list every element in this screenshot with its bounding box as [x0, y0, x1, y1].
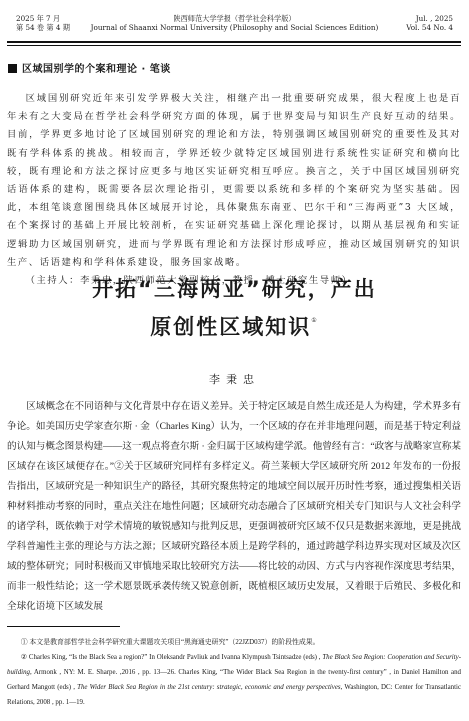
header-volume-en: Vol. 54 No. 4	[406, 23, 453, 32]
footnote-2-text-a: ② Charles King, “Is the Black Sea a regi…	[21, 654, 323, 661]
column-label: 区域国别学的个案和理论 · 笔谈	[22, 64, 171, 75]
body-paragraph: 区域概念在不同语种与文化背景中存在语义差异。关于特定区域是自然生成还是人为构建，…	[7, 397, 461, 617]
title-line-2: 原创性区域知识	[150, 315, 311, 339]
footnote-1: ① 本文是教育部哲学社会科学研究重大课题攻关项目“黑海通史研究”（22JZD03…	[7, 635, 461, 650]
title-footnote-marker[interactable]: ①	[311, 317, 318, 324]
journal-title-cn: 陕西师范大学学报（哲学社会科学版）	[0, 14, 469, 23]
header-right: Jul. , 2025 Vol. 54 No. 4	[406, 14, 453, 32]
footnote-separator	[7, 626, 120, 627]
journal-title-en: Journal of Shaanxi Normal University (Ph…	[0, 23, 469, 32]
header-date-en: Jul. , 2025	[406, 14, 453, 23]
header-rule-thick	[7, 41, 461, 43]
intro-block: 区域国别研究近年来引发学界极大关注，相继产出一批重要研究成果，很大程度上也是百年…	[7, 90, 461, 290]
square-bullet-icon	[8, 64, 17, 73]
header-rule-thin	[7, 45, 461, 46]
article-body: 区域概念在不同语种与文化背景中存在语义差异。关于特定区域是自然生成还是人为构建，…	[7, 397, 461, 617]
footnote-2-book-2: The Wider Black Sea Region in the 21st c…	[77, 684, 341, 691]
author-name: 李秉忠	[0, 371, 469, 387]
footnotes: ① 本文是教育部哲学社会科学研究重大课题攻关项目“黑海通史研究”（22JZD03…	[7, 635, 461, 710]
title-line-1: 开拓“三海两亚”研究，产出	[0, 273, 469, 305]
header-center: 陕西师范大学学报（哲学社会科学版） Journal of Shaanxi Nor…	[0, 14, 469, 32]
column-heading: 区域国别学的个案和理论 · 笔谈	[8, 60, 171, 75]
footnote-2: ② Charles King, “Is the Black Sea a regi…	[7, 650, 461, 710]
article-title: 开拓“三海两亚”研究，产出 原创性区域知识①	[0, 273, 469, 343]
intro-paragraph: 区域国别研究近年来引发学界极大关注，相继产出一批重要研究成果，很大程度上也是百年…	[7, 90, 461, 272]
